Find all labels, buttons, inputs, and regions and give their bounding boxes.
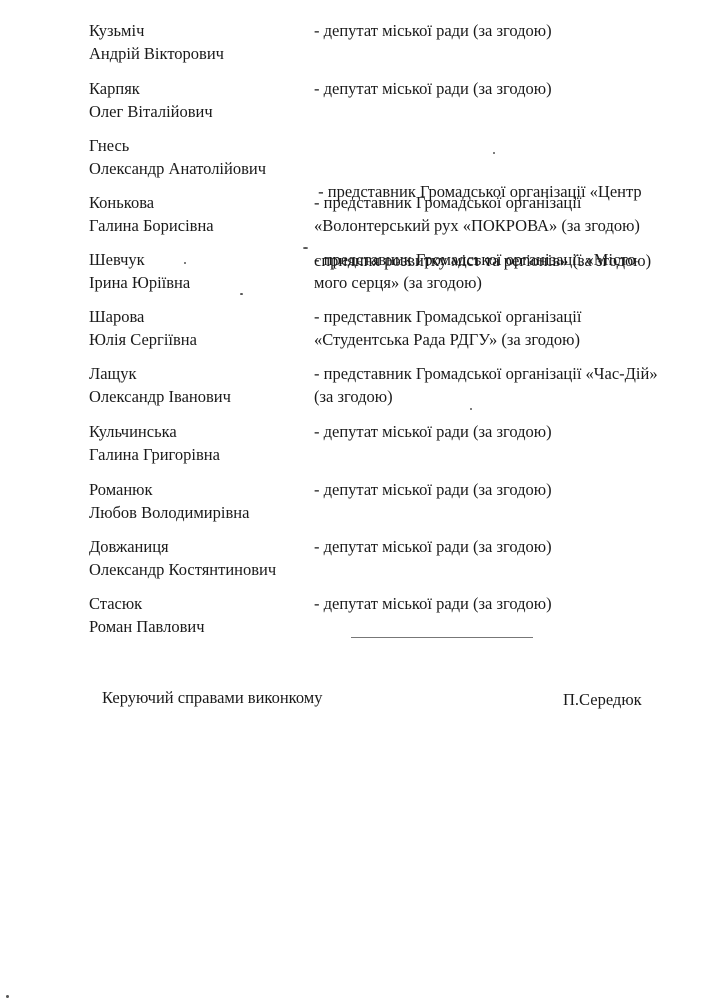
role-line: «Волонтерський рух «ПОКРОВА» (за згодою): [314, 214, 674, 237]
scan-speck: [493, 152, 495, 154]
role-line: - представник Громадської організації «Ч…: [314, 362, 674, 385]
member-name: Лащук Олександр Іванович: [89, 362, 299, 408]
scan-speck: [6, 995, 9, 998]
signature-position: Керуючий справами виконкому: [102, 688, 322, 708]
role-line: «Студентська Рада РДГУ» (за згодою): [314, 328, 674, 351]
scan-speck: [184, 262, 186, 264]
member-name: Романюк Любов Володимирівна: [89, 478, 299, 524]
surname: Кузьміч: [89, 19, 299, 42]
member-role: - представник Громадської організації «М…: [314, 248, 674, 294]
member-role: - депутат міської ради (за згодою): [314, 592, 674, 615]
given-name: Олександр Іванович: [89, 385, 299, 408]
member-role: - депутат міської ради (за згодою): [314, 478, 674, 501]
role-line: - депутат міської ради (за згодою): [314, 478, 674, 501]
member-name: Конькова Галина Борисівна: [89, 191, 299, 237]
member-name: Карпяк Олег Віталійович: [89, 77, 299, 123]
member-role: - депутат міської ради (за згодою): [314, 77, 674, 100]
surname: Конькова: [89, 191, 299, 214]
given-name: Ірина Юріївна: [89, 271, 299, 294]
surname: Гнесь: [89, 134, 299, 157]
given-name: Олександр Костянтинович: [89, 558, 299, 581]
member-name: Кульчинська Галина Григорівна: [89, 420, 299, 466]
role-line: - депутат міської ради (за згодою): [314, 535, 674, 558]
scan-speck: [470, 408, 472, 410]
surname: Лащук: [89, 362, 299, 385]
given-name: Олександр Анатолійович: [89, 157, 299, 180]
member-role: - депутат міської ради (за згодою): [314, 19, 674, 42]
surname: Шарова: [89, 305, 299, 328]
member-name: Гнесь Олександр Анатолійович: [89, 134, 299, 180]
role-line: - депутат міської ради (за згодою): [314, 420, 674, 443]
role-line: - представник Громадської організації: [314, 191, 674, 214]
member-role: - депутат міської ради (за згодою): [314, 535, 674, 558]
member-name: Шарова Юлія Сергіївна: [89, 305, 299, 351]
signatory-name: П.Середюк: [563, 690, 642, 710]
member-role: - представник Громадської організації «С…: [314, 305, 674, 351]
surname: Карпяк: [89, 77, 299, 100]
member-role: - депутат міської ради (за згодою): [314, 420, 674, 443]
divider-line: [351, 637, 533, 638]
role-line: - депутат міської ради (за згодою): [314, 19, 674, 42]
role-line: - депутат міської ради (за згодою): [314, 592, 674, 615]
role-line: - представник Громадської організації: [314, 305, 674, 328]
role-line: - депутат міської ради (за згодою): [314, 77, 674, 100]
surname: Шевчук: [89, 248, 299, 271]
member-role: - представник Громадської організації «Ч…: [314, 362, 674, 408]
member-name: Шевчук Ірина Юріївна: [89, 248, 299, 294]
scan-speck: [303, 247, 308, 249]
given-name: Олег Віталійович: [89, 100, 299, 123]
surname: Стасюк: [89, 592, 299, 615]
member-name: Стасюк Роман Павлович: [89, 592, 299, 638]
scan-speck: [240, 293, 243, 295]
role-line: - представник Громадської організації «М…: [314, 248, 674, 271]
surname: Кульчинська: [89, 420, 299, 443]
member-name: Кузьміч Андрій Вікторович: [89, 19, 299, 65]
given-name: Андрій Вікторович: [89, 42, 299, 65]
role-line: (за згодою): [314, 385, 674, 408]
member-role: - представник Громадської організації «В…: [314, 191, 674, 237]
given-name: Галина Григорівна: [89, 443, 299, 466]
surname: Довжаниця: [89, 535, 299, 558]
role-line: мого серця» (за згодою): [314, 271, 674, 294]
given-name: Любов Володимирівна: [89, 501, 299, 524]
given-name: Юлія Сергіївна: [89, 328, 299, 351]
surname: Романюк: [89, 478, 299, 501]
given-name: Галина Борисівна: [89, 214, 299, 237]
member-name: Довжаниця Олександр Костянтинович: [89, 535, 299, 581]
given-name: Роман Павлович: [89, 615, 299, 638]
